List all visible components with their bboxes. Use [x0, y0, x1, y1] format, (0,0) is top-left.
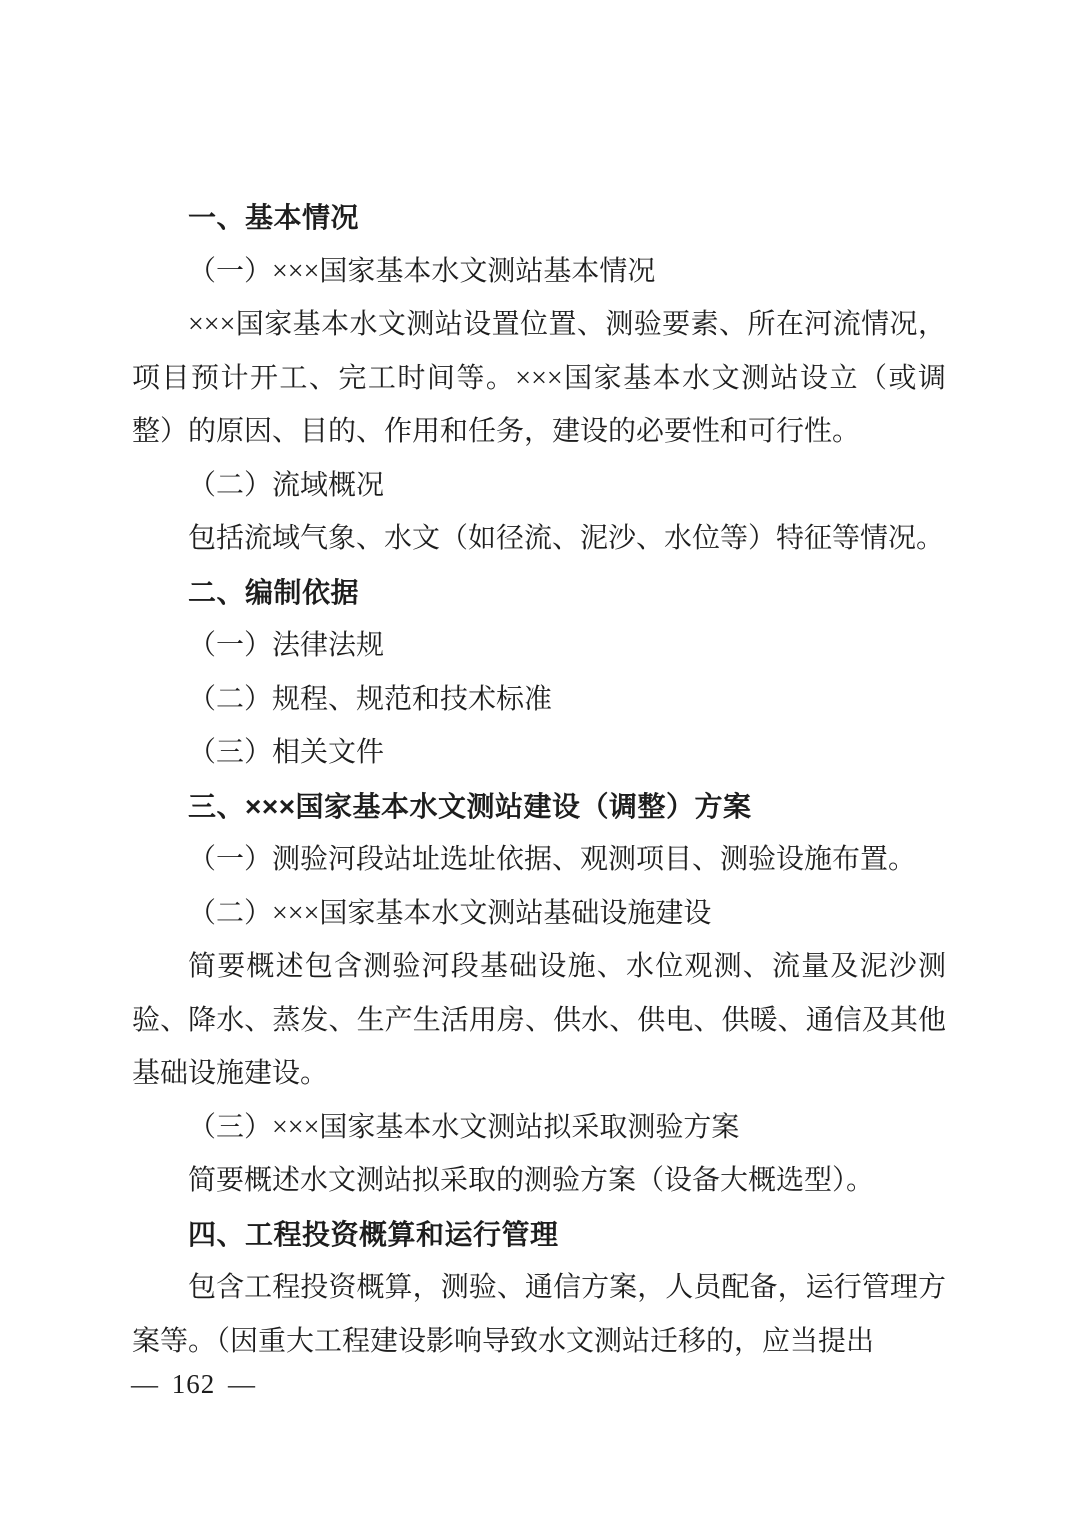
- body-paragraph: （二）×××国家基本水文测站基础设施建设: [132, 887, 946, 941]
- body-paragraph: （二）流域概况: [132, 459, 946, 513]
- body-paragraph: 包括流域气象、水文（如径流、泥沙、水位等）特征等情况。: [132, 512, 946, 566]
- document-body: 一、基本情况（一）×××国家基本水文测站基本情况×××国家基本水文测站设置位置、…: [132, 191, 946, 1368]
- section-heading: 四、工程投资概算和运行管理: [132, 1208, 946, 1262]
- body-paragraph: ×××国家基本水文测站设置位置、测验要素、所在河流情况，项目预计开工、完工时间等…: [132, 298, 946, 459]
- body-paragraph: 简要概述包含测验河段基础设施、水位观测、流量及泥沙测验、降水、蒸发、生产生活用房…: [132, 940, 946, 1101]
- body-paragraph: （一）法律法规: [132, 619, 946, 673]
- body-paragraph: 包含工程投资概算，测验、通信方案，人员配备，运行管理方案等。（因重大工程建设影响…: [132, 1261, 946, 1368]
- page-number: — 162 —: [131, 1368, 256, 1400]
- body-paragraph: （三）×××国家基本水文测站拟采取测验方案: [132, 1101, 946, 1155]
- body-paragraph: （二）规程、规范和技术标准: [132, 673, 946, 727]
- body-paragraph: 简要概述水文测站拟采取的测验方案（设备大概选型）。: [132, 1154, 946, 1208]
- section-heading: 一、基本情况: [132, 191, 946, 245]
- body-paragraph: （三）相关文件: [132, 726, 946, 780]
- document-page: 一、基本情况（一）×××国家基本水文测站基本情况×××国家基本水文测站设置位置、…: [0, 0, 1074, 1520]
- section-heading: 三、×××国家基本水文测站建设（调整）方案: [132, 780, 946, 834]
- body-paragraph: （一）测验河段站址选址依据、观测项目、测验设施布置。: [132, 833, 946, 887]
- section-heading: 二、编制依据: [132, 566, 946, 620]
- body-paragraph: （一）×××国家基本水文测站基本情况: [132, 245, 946, 299]
